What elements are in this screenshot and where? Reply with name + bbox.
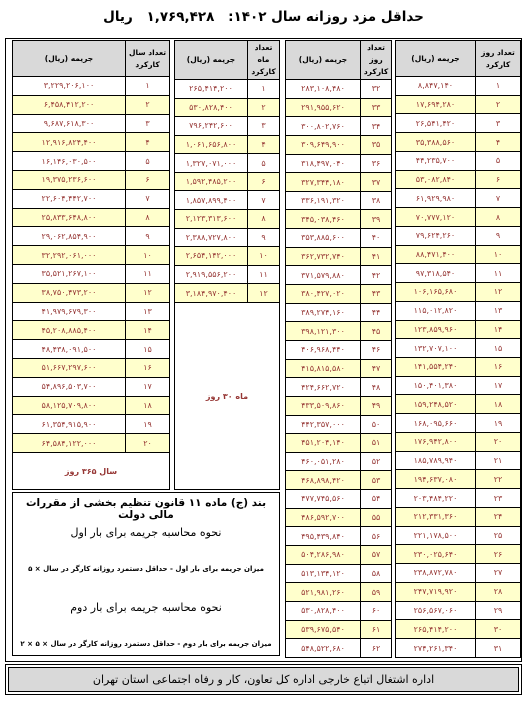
table-row: ۱۴۱۲۳,۸۵۹,۹۶۰: [396, 320, 521, 339]
fine-value-cell: ۲۶,۵۴۱,۴۲۰: [396, 114, 476, 133]
worked-count-cell: ۳: [476, 114, 521, 133]
worked-count-cell: ۲۳: [476, 489, 521, 508]
table-row: ۱۹۶۱,۳۵۴,۹۱۵,۹۰۰: [13, 415, 170, 434]
table-row: ۵۶۴۹۵,۴۳۹,۸۴۰: [286, 527, 392, 546]
worked-count-cell: ۱۲: [476, 283, 521, 302]
worked-count-cell: ۳۹: [361, 210, 392, 229]
fine-value-cell: ۴۵,۲۰۸,۸۸۵,۴۰۰: [13, 321, 126, 340]
fine-value-cell: ۳۲,۲۹۲,۰۶۱,۰۰۰: [13, 246, 126, 265]
table-row: ۴۳۳۸۰,۴۲۷,۰۲۰: [286, 285, 392, 304]
worked-count-cell: ۶: [248, 172, 280, 191]
fine-value-cell: ۲۲,۶۰۴,۴۴۲,۷۰۰: [13, 189, 126, 208]
table-row: ۱۱۲,۹۱۹,۵۵۶,۲۰۰: [175, 265, 280, 284]
table-row: ۳۲۶,۵۴۱,۴۲۰: [396, 114, 521, 133]
fine-value-cell: ۲,۱۲۳,۳۱۳,۶۰۰: [175, 210, 248, 229]
table-row: ۷۲۲,۶۰۴,۴۴۲,۷۰۰: [13, 189, 170, 208]
worked-count-cell: ۵۱: [361, 434, 392, 453]
table-row: ۳۹۳۴۵,۰۳۸,۴۶۰: [286, 210, 392, 229]
table-row: ۷۶۱,۹۲۹,۹۸۰: [396, 189, 521, 208]
column-header-fine: جریمه (ریال): [13, 41, 126, 77]
table-row: ۳۳۲۹۱,۹۵۵,۶۲۰: [286, 98, 392, 117]
table-row: ۳۶۳۱۸,۴۹۷,۰۴۰: [286, 154, 392, 173]
worked-count-cell: ۱۸: [126, 396, 170, 415]
table-row: ۴۲۳۷۱,۵۷۹,۸۸۰: [286, 266, 392, 285]
table-row: ۱۸۱۵۹,۲۴۸,۵۲۰: [396, 395, 521, 414]
table-row: ۶۵۳,۰۸۲,۸۴۰: [396, 170, 521, 189]
fine-value-cell: ۱۵۹,۲۴۸,۵۲۰: [396, 395, 476, 414]
fine-table-years-1-20: تعداد سال کارکرد جریمه (ریال) ۱۳,۲۲۹,۲۰۶…: [12, 40, 170, 490]
table-row: ۲۶۲۳۰,۰۲۵,۶۴۰: [396, 545, 521, 564]
fine-value-cell: ۱۲۳,۸۵۹,۹۶۰: [396, 320, 476, 339]
worked-count-cell: ۱۲: [248, 284, 280, 303]
table-row: ۴۱,۰۶۱,۶۵۶,۸۰۰: [175, 135, 280, 154]
fine-value-cell: ۸,۸۴۷,۱۴۰: [396, 77, 476, 96]
fine-value-cell: ۱۴۱,۵۵۴,۲۴۰: [396, 358, 476, 377]
fine-value-cell: ۲۵۶,۵۶۷,۰۶۰: [396, 601, 476, 620]
table-row: ۲۱۷,۶۹۴,۲۸۰: [396, 95, 521, 114]
fine-value-cell: ۲۶۵,۴۱۴,۲۰۰: [396, 620, 476, 639]
table-row: ۴۷۴۱۵,۸۱۵,۵۸۰: [286, 359, 392, 378]
table-row: ۱۳,۲۲۹,۲۰۶,۱۰۰: [13, 77, 170, 96]
worked-count-cell: ۷: [126, 189, 170, 208]
worked-count-cell: ۱۲: [126, 283, 170, 302]
table-row: ۳۸۳۳۶,۱۹۱,۳۲۰: [286, 191, 392, 210]
worked-count-cell: ۲۰: [476, 432, 521, 451]
worked-count-cell: ۴: [476, 133, 521, 152]
fine-value-cell: ۶۱,۹۲۹,۹۸۰: [396, 189, 476, 208]
table-row: ۹۲۹,۰۶۲,۸۵۴,۹۰۰: [13, 227, 170, 246]
table-row: ۵۱۶,۱۴۶,۰۳۰,۵۰۰: [13, 152, 170, 171]
header-row: تعداد روز کارکرد جریمه (ریال): [286, 41, 392, 80]
worked-count-cell: ۴۲: [361, 266, 392, 285]
table-row: ۸۲۵,۸۳۳,۶۴۸,۸۰۰: [13, 208, 170, 227]
worked-count-cell: ۴۹: [361, 396, 392, 415]
table-row: ۱۰۸۸,۴۷۱,۴۰۰: [396, 245, 521, 264]
second-time-method: نحوه محاسبه جریمه برای بار دوم: [70, 601, 222, 614]
worked-count-cell: ۵۲: [361, 452, 392, 471]
worked-count-cell: ۶۰: [361, 601, 392, 620]
worked-count-cell: ۱: [126, 77, 170, 96]
worked-count-cell: ۱۸: [476, 395, 521, 414]
worked-count-cell: ۴۰: [361, 229, 392, 248]
worked-count-cell: ۴۳: [361, 285, 392, 304]
fine-value-cell: ۳۴۵,۰۳۸,۴۶۰: [286, 210, 361, 229]
table-row: ۹۲,۳۸۸,۷۲۷,۸۰۰: [175, 228, 280, 247]
fine-value-cell: ۵۳,۰۸۲,۸۴۰: [396, 170, 476, 189]
fine-value-cell: ۲,۳۸۸,۷۲۷,۸۰۰: [175, 228, 248, 247]
worked-count-cell: ۲۵: [476, 526, 521, 545]
worked-count-cell: ۱۵: [476, 339, 521, 358]
worked-count-cell: ۲۹: [476, 601, 521, 620]
worked-count-cell: ۴۱: [361, 247, 392, 266]
worked-count-cell: ۱۳: [476, 301, 521, 320]
table-row: ۱۱۳۵,۵۲۱,۲۶۷,۱۰۰: [13, 264, 170, 283]
fine-value-cell: ۳۸۹,۲۷۴,۱۶۰: [286, 303, 361, 322]
fine-value-cell: ۴۶۸,۸۹۸,۴۲۰: [286, 471, 361, 490]
fine-value-cell: ۲۵,۸۳۳,۶۴۸,۸۰۰: [13, 208, 126, 227]
fine-value-cell: ۵۰۴,۲۸۶,۹۸۰: [286, 546, 361, 565]
fine-value-cell: ۴۸,۴۳۸,۰۹۱,۵۰۰: [13, 340, 126, 359]
worked-count-cell: ۳۴: [361, 117, 392, 136]
worked-count-cell: ۶۲: [361, 639, 392, 658]
worked-count-cell: ۸: [126, 208, 170, 227]
table-row: ۲۰۱۷۶,۹۴۲,۸۰۰: [396, 432, 521, 451]
fine-value-cell: ۴۶۰,۰۵۱,۲۸۰: [286, 452, 361, 471]
fine-value-cell: ۶۱,۳۵۴,۹۱۵,۹۰۰: [13, 415, 126, 434]
worked-count-cell: ۳۸: [361, 191, 392, 210]
fine-value-cell: ۱۹۴,۶۳۷,۰۸۰: [396, 470, 476, 489]
fine-value-cell: ۳,۲۲۹,۲۰۶,۱۰۰: [13, 77, 126, 96]
fine-value-cell: ۳۳۶,۱۹۱,۳۲۰: [286, 191, 361, 210]
fine-value-cell: ۳۵,۵۲۱,۲۶۷,۱۰۰: [13, 264, 126, 283]
worked-count-cell: ۵۹: [361, 583, 392, 602]
fine-value-cell: ۵۳۰,۸۲۸,۴۰۰: [286, 601, 361, 620]
fine-table-days-1-31: تعداد روز کارکرد جریمه (ریال) ۱۸,۸۴۷,۱۴۰…: [395, 40, 521, 658]
first-time-formula: میزان جریمه برای بار اول - حداقل دستمزد …: [28, 565, 264, 573]
fine-value-cell: ۹۷,۳۱۸,۵۴۰: [396, 264, 476, 283]
table-row: ۵۰۴۴۲,۳۵۷,۰۰۰: [286, 415, 392, 434]
table-row: ۳۷۳۲۷,۳۴۴,۱۸۰: [286, 173, 392, 192]
fine-value-cell: ۱۱۵,۰۱۲,۸۲۰: [396, 301, 476, 320]
table-row: ۱۰۲,۶۵۴,۱۴۲,۰۰۰: [175, 247, 280, 266]
worked-count-cell: ۲: [248, 98, 280, 117]
wage-fine-sheet: حداقل مزد روزانه سال ۱۴۰۲: ۱,۷۶۹,۴۲۸ ریا…: [0, 0, 527, 701]
worked-count-cell: ۱۴: [476, 320, 521, 339]
fine-value-cell: ۵۱,۶۶۷,۲۹۷,۶۰۰: [13, 358, 126, 377]
table-row: ۵۸۵۱۳,۱۳۴,۱۲۰: [286, 564, 392, 583]
worked-count-cell: ۲۷: [476, 564, 521, 583]
fine-value-cell: ۱,۵۹۲,۴۸۵,۲۰۰: [175, 172, 248, 191]
fine-value-cell: ۱۲,۹۱۶,۸۲۴,۴۰۰: [13, 133, 126, 152]
worked-count-cell: ۸: [476, 208, 521, 227]
worked-count-cell: ۲۱: [476, 451, 521, 470]
fine-value-cell: ۵۲۱,۹۸۱,۲۶۰: [286, 583, 361, 602]
worked-count-cell: ۴۸: [361, 378, 392, 397]
table-row: ۳۰۲۶۵,۴۱۴,۲۰۰: [396, 620, 521, 639]
second-time-formula: میزان جریمه برای بار دوم - حداقل دستمزد …: [20, 640, 271, 648]
worked-count-cell: ۹: [248, 228, 280, 247]
fine-value-cell: ۳۷۱,۵۷۹,۸۸۰: [286, 266, 361, 285]
table-row: ۳۷۹۶,۲۴۲,۶۰۰: [175, 117, 280, 136]
worked-count-cell: ۲۴: [476, 507, 521, 526]
fine-value-cell: ۱,۰۶۱,۶۵۶,۸۰۰: [175, 135, 248, 154]
fine-table-days-32-62: تعداد روز کارکرد جریمه (ریال) ۳۲۲۸۳,۱۰۸,…: [285, 40, 392, 658]
table-row: ۵۲۴۶۰,۰۵۱,۲۸۰: [286, 452, 392, 471]
fine-value-cell: ۱,۸۵۷,۸۹۹,۴۰۰: [175, 191, 248, 210]
worked-count-cell: ۶: [126, 170, 170, 189]
worked-count-cell: ۵: [248, 154, 280, 173]
table-row: ۴۹۴۳۳,۵۰۹,۸۶۰: [286, 396, 392, 415]
table-row: ۱۴۴۵,۲۰۸,۸۸۵,۴۰۰: [13, 321, 170, 340]
header-row: تعداد ماه کارکرد جریمه (ریال): [175, 41, 280, 80]
worked-count-cell: ۱۶: [476, 358, 521, 377]
note-row: ماه ۳۰ روز: [175, 303, 280, 490]
worked-count-cell: ۱۹: [476, 414, 521, 433]
worked-count-cell: ۳: [248, 117, 280, 136]
table-row: ۵۱۴۵۱,۲۰۴,۱۴۰: [286, 434, 392, 453]
table-row: ۱۳۴۱,۹۷۹,۶۷۹,۳۰۰: [13, 302, 170, 321]
worked-count-cell: ۳۲: [361, 80, 392, 99]
worked-count-cell: ۱۷: [476, 376, 521, 395]
fine-value-cell: ۱۷,۶۹۴,۲۸۰: [396, 95, 476, 114]
table-row: ۵۳۴۶۸,۸۹۸,۴۲۰: [286, 471, 392, 490]
fine-value-cell: ۹,۶۸۷,۶۱۸,۳۰۰: [13, 114, 126, 133]
fine-value-cell: ۷۹۶,۲۴۲,۶۰۰: [175, 117, 248, 136]
worked-count-cell: ۳۱: [476, 639, 521, 658]
table-row: ۴۱۲,۹۱۶,۸۲۴,۴۰۰: [13, 133, 170, 152]
table-row: ۶۲۵۴۸,۵۲۲,۶۸۰: [286, 639, 392, 658]
table-row: ۱۲۶۵,۴۱۴,۲۰۰: [175, 80, 280, 99]
worked-count-cell: ۵۷: [361, 546, 392, 565]
fine-value-cell: ۲۲۱,۱۷۸,۵۰۰: [396, 526, 476, 545]
worked-count-cell: ۶۱: [361, 620, 392, 639]
fine-value-cell: ۳۵۳,۸۸۵,۶۰۰: [286, 229, 361, 248]
month-30-days-label: ماه ۳۰ روز: [175, 303, 280, 490]
fine-value-cell: ۲۸۳,۱۰۸,۴۸۰: [286, 80, 361, 99]
table-row: ۱۶۵۱,۶۶۷,۲۹۷,۶۰۰: [13, 358, 170, 377]
table-row: ۱۸۵۸,۱۲۵,۷۰۹,۸۰۰: [13, 396, 170, 415]
worked-count-cell: ۳۳: [361, 98, 392, 117]
fine-value-cell: ۱۸۵,۷۸۹,۹۴۰: [396, 451, 476, 470]
fine-value-cell: ۴۳۳,۵۰۹,۸۶۰: [286, 396, 361, 415]
worked-count-cell: ۵: [476, 151, 521, 170]
fine-value-cell: ۲,۶۵۴,۱۴۲,۰۰۰: [175, 247, 248, 266]
table-row: ۲۵۳۰,۸۲۸,۴۰۰: [175, 98, 280, 117]
fine-value-cell: ۲,۹۱۹,۵۵۶,۲۰۰: [175, 265, 248, 284]
fine-value-cell: ۳۰۹,۶۴۹,۹۰۰: [286, 135, 361, 154]
fine-value-cell: ۵۳۹,۶۷۵,۵۴۰: [286, 620, 361, 639]
table-row: ۴۳۵,۳۸۸,۵۶۰: [396, 133, 521, 152]
table-row: ۱۲۱۰۶,۱۶۵,۶۸۰: [396, 283, 521, 302]
fine-value-cell: ۴۴۲,۳۵۷,۰۰۰: [286, 415, 361, 434]
fine-value-cell: ۱۵۰,۴۰۱,۳۸۰: [396, 376, 476, 395]
column-header-days-count: تعداد روز کارکرد: [476, 41, 521, 77]
worked-count-cell: ۴۶: [361, 340, 392, 359]
issuing-office-label: اداره اشتغال اتباع خارجی اداره کل تعاون،…: [8, 667, 519, 692]
worked-count-cell: ۱۶: [126, 358, 170, 377]
fine-value-cell: ۶۴,۵۸۴,۱۲۲,۰۰۰: [13, 434, 126, 453]
worked-count-cell: ۳۷: [361, 173, 392, 192]
worked-count-cell: ۱۳: [126, 302, 170, 321]
fine-value-cell: ۲۳۸,۸۷۲,۷۸۰: [396, 564, 476, 583]
column-header-fine: جریمه (ریال): [175, 41, 248, 80]
fine-value-cell: ۳۶۲,۷۳۲,۷۴۰: [286, 247, 361, 266]
fine-value-cell: ۲۹۱,۹۵۵,۶۲۰: [286, 98, 361, 117]
table-row: ۲۴۲۱۲,۳۳۱,۳۶۰: [396, 507, 521, 526]
fine-value-cell: ۴۴,۲۳۵,۷۰۰: [396, 151, 476, 170]
worked-count-cell: ۴۵: [361, 322, 392, 341]
table-row: ۱۳۱۱۵,۰۱۲,۸۲۰: [396, 301, 521, 320]
table-row: ۴۰۳۵۳,۸۸۵,۶۰۰: [286, 229, 392, 248]
table-row: ۱۲۳,۱۸۴,۹۷۰,۴۰۰: [175, 284, 280, 303]
fine-value-cell: ۴۱۵,۸۱۵,۵۸۰: [286, 359, 361, 378]
table-row: ۲۵۲۲۱,۱۷۸,۵۰۰: [396, 526, 521, 545]
table-row: ۵۷۵۰۴,۲۸۶,۹۸۰: [286, 546, 392, 565]
year-365-days-label: سال ۳۶۵ روز: [13, 453, 170, 490]
legal-heading: بند (ج) ماده ۱۱ قانون تنظیم بخشی از مقرر…: [13, 497, 279, 521]
table-row: ۱۰۳۲,۲۹۲,۰۶۱,۰۰۰: [13, 246, 170, 265]
table-row: ۱۶۱۴۱,۵۵۴,۲۴۰: [396, 358, 521, 377]
fine-value-cell: ۵۱۳,۱۳۴,۱۲۰: [286, 564, 361, 583]
table-row: ۶۰۵۳۰,۸۲۸,۴۰۰: [286, 601, 392, 620]
worked-count-cell: ۲۲: [476, 470, 521, 489]
fine-value-cell: ۱۹,۳۷۵,۲۳۶,۶۰۰: [13, 170, 126, 189]
header-row: تعداد روز کارکرد جریمه (ریال): [396, 41, 521, 77]
worked-count-cell: ۲: [476, 95, 521, 114]
table-row: ۲۳۲۰۳,۴۸۴,۲۲۰: [396, 489, 521, 508]
worked-count-cell: ۱۰: [248, 247, 280, 266]
table-row: ۲۶,۴۵۸,۴۱۲,۲۰۰: [13, 95, 170, 114]
fine-value-cell: ۲۹,۰۶۲,۸۵۴,۹۰۰: [13, 227, 126, 246]
table-row: ۱۲۳۸,۷۵۰,۴۷۳,۲۰۰: [13, 283, 170, 302]
worked-count-cell: ۳۵: [361, 135, 392, 154]
first-time-method: نحوه محاسبه جریمه برای بار اول: [71, 526, 222, 539]
worked-count-cell: ۱۱: [476, 264, 521, 283]
fine-value-cell: ۴۷۷,۷۴۵,۵۶۰: [286, 490, 361, 509]
worked-count-cell: ۹: [476, 226, 521, 245]
worked-count-cell: ۸: [248, 210, 280, 229]
note-row: سال ۳۶۵ روز: [13, 453, 170, 490]
column-header-fine: جریمه (ریال): [396, 41, 476, 77]
table-row: ۸۲,۱۲۳,۳۱۳,۶۰۰: [175, 210, 280, 229]
worked-count-cell: ۴۷: [361, 359, 392, 378]
fine-value-cell: ۳۸۰,۴۲۷,۰۲۰: [286, 285, 361, 304]
fine-table-months-1-12: تعداد ماه کارکرد جریمه (ریال) ۱۲۶۵,۴۱۴,۲…: [174, 40, 280, 490]
fine-value-cell: ۵۴۸,۵۲۲,۶۸۰: [286, 639, 361, 658]
fine-value-cell: ۱۳۲,۷۰۷,۱۰۰: [396, 339, 476, 358]
fine-value-cell: ۲۶۵,۴۱۴,۲۰۰: [175, 80, 248, 99]
fine-value-cell: ۳۰۰,۸۰۲,۷۶۰: [286, 117, 361, 136]
fine-value-cell: ۱,۳۲۷,۰۷۱,۰۰۰: [175, 154, 248, 173]
worked-count-cell: ۵۶: [361, 527, 392, 546]
table-row: ۵۴۴۷۷,۷۴۵,۵۶۰: [286, 490, 392, 509]
table-row: ۱۵۴۸,۴۳۸,۰۹۱,۵۰۰: [13, 340, 170, 359]
table-row: ۲۹۲۵۶,۵۶۷,۰۶۰: [396, 601, 521, 620]
fine-value-cell: ۵۳۰,۸۲۸,۴۰۰: [175, 98, 248, 117]
fine-value-cell: ۴۲۴,۶۶۲,۷۲۰: [286, 378, 361, 397]
table-row: ۴۶۴۰۶,۹۶۸,۴۴۰: [286, 340, 392, 359]
table-row: ۲۲۱۹۴,۶۳۷,۰۸۰: [396, 470, 521, 489]
fine-value-cell: ۷۹,۶۲۴,۲۶۰: [396, 226, 476, 245]
table-row: ۱۵۱۳۲,۷۰۷,۱۰۰: [396, 339, 521, 358]
table-row: ۵۵۴۸۶,۵۹۲,۷۰۰: [286, 508, 392, 527]
worked-count-cell: ۵۵: [361, 508, 392, 527]
table-row: ۷۱,۸۵۷,۸۹۹,۴۰۰: [175, 191, 280, 210]
table-row: ۳۵۳۰۹,۶۴۹,۹۰۰: [286, 135, 392, 154]
table-row: ۶۱۵۳۹,۶۷۵,۵۴۰: [286, 620, 392, 639]
fine-value-cell: ۴۵۱,۲۰۴,۱۴۰: [286, 434, 361, 453]
worked-count-cell: ۱: [476, 77, 521, 96]
table-row: ۳۹,۶۸۷,۶۱۸,۳۰۰: [13, 114, 170, 133]
fine-value-cell: ۲۷۴,۲۶۱,۳۴۰: [396, 639, 476, 658]
table-row: ۱۹۱۶۸,۰۹۵,۶۶۰: [396, 414, 521, 433]
table-row: ۹۷۹,۶۲۴,۲۶۰: [396, 226, 521, 245]
fine-value-cell: ۴۱,۹۷۹,۶۷۹,۳۰۰: [13, 302, 126, 321]
worked-count-cell: ۹: [126, 227, 170, 246]
table-row: ۶۱,۵۹۲,۴۸۵,۲۰۰: [175, 172, 280, 191]
worked-count-cell: ۱۱: [126, 264, 170, 283]
table-row: ۵۹۵۲۱,۹۸۱,۲۶۰: [286, 583, 392, 602]
worked-count-cell: ۲۶: [476, 545, 521, 564]
table-row: ۴۸۴۲۴,۶۶۲,۷۲۰: [286, 378, 392, 397]
worked-count-cell: ۱۵: [126, 340, 170, 359]
worked-count-cell: ۳۰: [476, 620, 521, 639]
worked-count-cell: ۷: [248, 191, 280, 210]
worked-count-cell: ۱۰: [126, 246, 170, 265]
title-amount: ۱,۷۶۹,۴۲۸: [146, 9, 214, 25]
page-title: حداقل مزد روزانه سال ۱۴۰۲: ۱,۷۶۹,۴۲۸ ریا…: [0, 9, 527, 25]
fine-value-cell: ۲۳۰,۰۲۵,۶۴۰: [396, 545, 476, 564]
worked-count-cell: ۲۰: [126, 434, 170, 453]
worked-count-cell: ۵: [126, 152, 170, 171]
table-row: ۱۷۱۵۰,۴۰۱,۳۸۰: [396, 376, 521, 395]
worked-count-cell: ۶: [476, 170, 521, 189]
fine-value-cell: ۲۱۲,۳۳۱,۳۶۰: [396, 507, 476, 526]
table-row: ۵۱,۳۲۷,۰۷۱,۰۰۰: [175, 154, 280, 173]
worked-count-cell: ۵۰: [361, 415, 392, 434]
fine-value-cell: ۳۲۷,۳۴۴,۱۸۰: [286, 173, 361, 192]
worked-count-cell: ۲۸: [476, 582, 521, 601]
table-row: ۳۲۲۸۳,۱۰۸,۴۸۰: [286, 80, 392, 99]
fine-value-cell: ۱۶,۱۴۶,۰۳۰,۵۰۰: [13, 152, 126, 171]
legal-note-box: بند (ج) ماده ۱۱ قانون تنظیم بخشی از مقرر…: [12, 492, 280, 656]
table-row: ۲۰۶۴,۵۸۴,۱۲۲,۰۰۰: [13, 434, 170, 453]
column-header-months-count: تعداد ماه کارکرد: [248, 41, 280, 80]
fine-value-cell: ۱۰۶,۱۶۵,۶۸۰: [396, 283, 476, 302]
worked-count-cell: ۳: [126, 114, 170, 133]
column-header-days-count: تعداد روز کارکرد: [361, 41, 392, 80]
footer-bar: اداره اشتغال اتباع خارجی اداره کل تعاون،…: [5, 664, 522, 695]
table-row: ۲۷۲۳۸,۸۷۲,۷۸۰: [396, 564, 521, 583]
title-prefix: حداقل مزد روزانه سال ۱۴۰۲:: [228, 9, 424, 25]
table-row: ۵۴۴,۲۳۵,۷۰۰: [396, 151, 521, 170]
worked-count-cell: ۱۷: [126, 377, 170, 396]
fine-value-cell: ۴۰۶,۹۶۸,۴۴۰: [286, 340, 361, 359]
worked-count-cell: ۱۹: [126, 415, 170, 434]
worked-count-cell: ۴: [248, 135, 280, 154]
fine-value-cell: ۵۸,۱۲۵,۷۰۹,۸۰۰: [13, 396, 126, 415]
title-unit: ریال: [103, 9, 133, 25]
fine-value-cell: ۷۰,۷۷۷,۱۲۰: [396, 208, 476, 227]
table-row: ۲۱۱۸۵,۷۸۹,۹۴۰: [396, 451, 521, 470]
fine-value-cell: ۸۸,۴۷۱,۴۰۰: [396, 245, 476, 264]
fine-value-cell: ۳۹۸,۱۲۱,۳۰۰: [286, 322, 361, 341]
worked-count-cell: ۳۶: [361, 154, 392, 173]
fine-value-cell: ۴۸۶,۵۹۲,۷۰۰: [286, 508, 361, 527]
fine-value-cell: ۵۴,۸۹۶,۵۰۳,۷۰۰: [13, 377, 126, 396]
fine-value-cell: ۳۱۸,۴۹۷,۰۴۰: [286, 154, 361, 173]
fine-value-cell: ۲۰۳,۴۸۴,۲۲۰: [396, 489, 476, 508]
fine-value-cell: ۳۸,۷۵۰,۴۷۳,۲۰۰: [13, 283, 126, 302]
fine-value-cell: ۳۵,۳۸۸,۵۶۰: [396, 133, 476, 152]
table-row: ۱۷۵۴,۸۹۶,۵۰۳,۷۰۰: [13, 377, 170, 396]
worked-count-cell: ۱: [248, 80, 280, 99]
table-row: ۴۵۳۹۸,۱۲۱,۳۰۰: [286, 322, 392, 341]
worked-count-cell: ۱۱: [248, 265, 280, 284]
worked-count-cell: ۲: [126, 95, 170, 114]
worked-count-cell: ۷: [476, 189, 521, 208]
fine-value-cell: ۳,۱۸۴,۹۷۰,۴۰۰: [175, 284, 248, 303]
table-row: ۱۱۹۷,۳۱۸,۵۴۰: [396, 264, 521, 283]
table-row: ۴۱۳۶۲,۷۳۲,۷۴۰: [286, 247, 392, 266]
table-row: ۸۷۰,۷۷۷,۱۲۰: [396, 208, 521, 227]
column-header-years-count: تعداد سال کارکرد: [126, 41, 170, 77]
worked-count-cell: ۵۴: [361, 490, 392, 509]
header-row: تعداد سال کارکرد جریمه (ریال): [13, 41, 170, 77]
fine-value-cell: ۱۶۸,۰۹۵,۶۶۰: [396, 414, 476, 433]
table-row: ۲۸۲۴۷,۷۱۹,۹۲۰: [396, 582, 521, 601]
table-row: ۴۴۳۸۹,۲۷۴,۱۶۰: [286, 303, 392, 322]
